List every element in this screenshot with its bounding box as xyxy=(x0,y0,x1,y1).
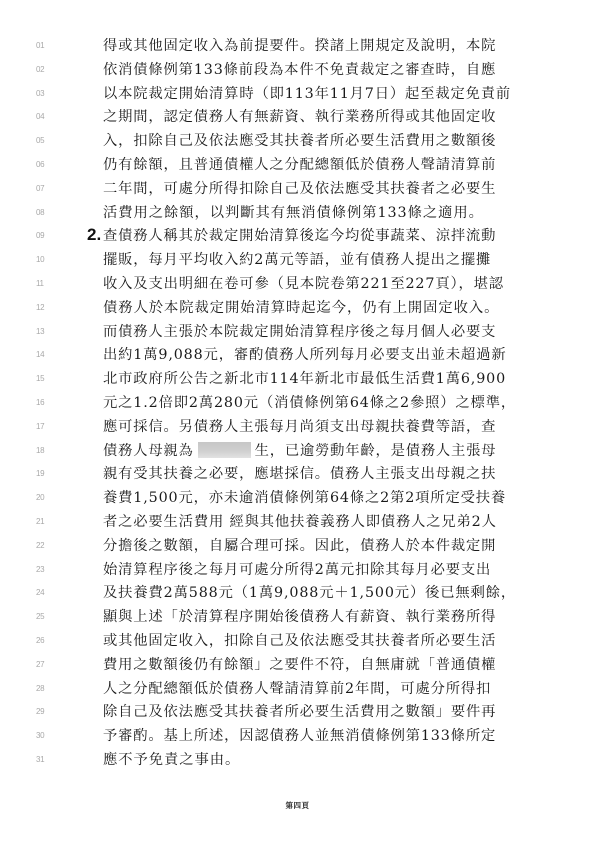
document-line: 06仍有餘額，且普通債權人之分配總額低於債務人聲請清算前 xyxy=(0,155,595,178)
line-text: 擺販，每月平均收入約2萬元等語，並有債務人提出之擺攤 xyxy=(103,250,523,270)
line-number: 14 xyxy=(36,350,56,359)
line-text: 得或其他固定收入為前提要件。揆諸上開規定及說明，本院 xyxy=(103,36,523,56)
line-number: 05 xyxy=(36,136,56,145)
document-line: 02依消債條例第133條前段為本件不免責裁定之審查時，自應 xyxy=(0,60,595,83)
line-number: 18 xyxy=(36,446,56,455)
document-line: 11收入及支出明細在卷可參（見本院卷第221至227頁），堪認 xyxy=(0,274,595,297)
document-line: 13而債務人主張於本院裁定開始清算程序後之每月個人必要支 xyxy=(0,322,595,345)
line-text-before-redaction: 債務人母親為 xyxy=(103,443,194,459)
document-line: 07二年間，可處分所得扣除自己及依法應受其扶養者之必要生 xyxy=(0,179,595,202)
line-number: 16 xyxy=(36,398,56,407)
line-number: 08 xyxy=(36,208,56,217)
document-line: 20養費1,500元，亦未逾消債條例第64條之2第2項所定受扶養 xyxy=(0,488,595,511)
document-line: 05入，扣除自己及依法應受其扶養者所必要生活費用之數額後 xyxy=(0,131,595,154)
document-line: 03以本院裁定開始清算時（即113年11月7日）起至裁定免責前 xyxy=(0,84,595,107)
line-number: 02 xyxy=(36,65,56,74)
line-number: 11 xyxy=(36,279,56,288)
line-number: 29 xyxy=(36,707,56,716)
line-number: 23 xyxy=(36,565,56,574)
line-number: 13 xyxy=(36,327,56,336)
document-line: 23始清算程序後之每月可處分所得2萬元扣除其每月必要支出 xyxy=(0,560,595,583)
line-number: 06 xyxy=(36,160,56,169)
line-number: 21 xyxy=(36,517,56,526)
line-number: 26 xyxy=(36,636,56,645)
line-text: 收入及支出明細在卷可參（見本院卷第221至227頁），堪認 xyxy=(103,274,523,294)
document-line: 31應不予免責之事由。 xyxy=(0,750,595,773)
redacted-birthdate-block xyxy=(198,442,251,458)
page-number-label: 第四頁 xyxy=(286,801,310,810)
line-text: 及扶養費2萬588元（1萬9,088元＋1,500元）後已無剩餘， xyxy=(103,583,523,603)
line-text: 仍有餘額，且普通債權人之分配總額低於債務人聲請清算前 xyxy=(103,155,523,175)
document-line: 12債務人於本院裁定開始清算時起迄今，仍有上開固定收入。 xyxy=(0,298,595,321)
line-text: 以本院裁定開始清算時（即113年11月7日）起至裁定免責前 xyxy=(103,84,523,104)
document-line: 17應可採信。另債務人主張每月尚須支出母親扶養費等語，查 xyxy=(0,417,595,440)
line-number: 30 xyxy=(36,731,56,740)
page-footer: 第四頁 xyxy=(0,800,595,811)
line-text: 除自己及依法應受其扶養者所必要生活費用之數額」要件再 xyxy=(103,702,523,722)
line-number: 17 xyxy=(36,422,56,431)
line-number: 03 xyxy=(36,89,56,98)
document-line: 30予審酌。基上所述，因認債務人並無消債條例第133條所定 xyxy=(0,726,595,749)
line-number: 25 xyxy=(36,612,56,621)
line-text: 者之必要生活費用 經與其他扶養義務人即債務人之兄弟2人 xyxy=(103,512,523,532)
line-text-after-redaction: 生，已逾勞動年齡，是債務人主張母 xyxy=(255,443,497,459)
line-text: 而債務人主張於本院裁定開始清算程序後之每月個人必要支 xyxy=(103,322,523,342)
document-line: 14出約1萬9,088元，審酌債務人所列每月必要支出並未超過新 xyxy=(0,345,595,368)
line-text: 出約1萬9,088元，審酌債務人所列每月必要支出並未超過新 xyxy=(103,345,523,365)
document-line: 01得或其他固定收入為前提要件。揆諸上開規定及說明，本院 xyxy=(0,36,595,59)
line-text: 之期間，認定債務人有無薪資、執行業務所得或其他固定收 xyxy=(103,107,523,127)
document-line: 25顯與上述「於清算程序開始後債務人有薪資、執行業務所得 xyxy=(0,607,595,630)
document-line: 092.查債務人稱其於裁定開始清算後迄今均從事蔬菜、涼拌流動 xyxy=(0,226,595,249)
document-line: 04之期間，認定債務人有無薪資、執行業務所得或其他固定收 xyxy=(0,107,595,130)
document-line: 15北市政府所公告之新北市114年新北市最低生活費1萬6,900 xyxy=(0,369,595,392)
document-line: 19親有受其扶養之必要，應堪採信。債務人主張支出母親之扶 xyxy=(0,464,595,487)
line-number: 20 xyxy=(36,493,56,502)
line-number: 09 xyxy=(36,231,56,240)
line-number: 22 xyxy=(36,541,56,550)
line-number: 27 xyxy=(36,660,56,669)
line-text: 依消債條例第133條前段為本件不免責裁定之審查時，自應 xyxy=(103,60,523,80)
line-text: 活費用之餘額，以判斷其有無消債條例第133條之適用。 xyxy=(103,203,523,223)
line-text: 予審酌。基上所述，因認債務人並無消債條例第133條所定 xyxy=(103,726,523,746)
line-number: 15 xyxy=(36,374,56,383)
line-text: 顯與上述「於清算程序開始後債務人有薪資、執行業務所得 xyxy=(103,607,523,627)
line-number: 01 xyxy=(36,41,56,50)
line-text: 人之分配總額低於債務人聲請清算前2年間，可處分所得扣 xyxy=(103,679,523,699)
document-line: 18債務人母親為生，已逾勞動年齡，是債務人主張母 xyxy=(0,441,595,464)
line-number: 19 xyxy=(36,469,56,478)
document-line: 26或其他固定收入，扣除自己及依法應受其扶養者所必要生活 xyxy=(0,631,595,654)
line-text: 親有受其扶養之必要，應堪採信。債務人主張支出母親之扶 xyxy=(103,464,523,484)
line-text: 養費1,500元，亦未逾消債條例第64條之2第2項所定受扶養 xyxy=(103,488,523,508)
document-line: 28人之分配總額低於債務人聲請清算前2年間，可處分所得扣 xyxy=(0,679,595,702)
line-number: 24 xyxy=(36,588,56,597)
line-text: 北市政府所公告之新北市114年新北市最低生活費1萬6,900 xyxy=(103,369,523,389)
document-line: 22分擔後之數額，自屬合理可採。因此，債務人於本件裁定開 xyxy=(0,536,595,559)
line-number: 12 xyxy=(36,303,56,312)
line-number: 07 xyxy=(36,184,56,193)
list-bullet-number: 2. xyxy=(87,225,101,245)
line-text: 二年間，可處分所得扣除自己及依法應受其扶養者之必要生 xyxy=(103,179,523,199)
line-number: 04 xyxy=(36,112,56,121)
line-text: 費用之數額後仍有餘額」之要件不符，自無庸就「普通債權 xyxy=(103,655,523,675)
line-text: 入，扣除自己及依法應受其扶養者所必要生活費用之數額後 xyxy=(103,131,523,151)
line-text: 始清算程序後之每月可處分所得2萬元扣除其每月必要支出 xyxy=(103,560,523,580)
line-number: 31 xyxy=(36,755,56,764)
document-line: 16元之1.2倍即2萬280元（消債條例第64條之2參照）之標準， xyxy=(0,393,595,416)
line-text: 或其他固定收入，扣除自己及依法應受其扶養者所必要生活 xyxy=(103,631,523,651)
line-text: 應不予免責之事由。 xyxy=(103,750,523,770)
document-line: 29除自己及依法應受其扶養者所必要生活費用之數額」要件再 xyxy=(0,702,595,725)
line-text: 債務人於本院裁定開始清算時起迄今，仍有上開固定收入。 xyxy=(103,298,523,318)
line-number: 28 xyxy=(36,684,56,693)
document-line: 21者之必要生活費用 經與其他扶養義務人即債務人之兄弟2人 xyxy=(0,512,595,535)
document-line: 24及扶養費2萬588元（1萬9,088元＋1,500元）後已無剩餘， xyxy=(0,583,595,606)
document-line: 27費用之數額後仍有餘額」之要件不符，自無庸就「普通債權 xyxy=(0,655,595,678)
line-text: 應可採信。另債務人主張每月尚須支出母親扶養費等語，查 xyxy=(103,417,523,437)
line-text: 分擔後之數額，自屬合理可採。因此，債務人於本件裁定開 xyxy=(103,536,523,556)
document-line: 08活費用之餘額，以判斷其有無消債條例第133條之適用。 xyxy=(0,203,595,226)
line-text: 債務人母親為生，已逾勞動年齡，是債務人主張母 xyxy=(103,441,523,461)
line-text: 元之1.2倍即2萬280元（消債條例第64條之2參照）之標準， xyxy=(103,393,523,413)
line-number: 10 xyxy=(36,255,56,264)
line-text: 查債務人稱其於裁定開始清算後迄今均從事蔬菜、涼拌流動 xyxy=(103,226,523,246)
document-page: 01得或其他固定收入為前提要件。揆諸上開規定及說明，本院02依消債條例第133條… xyxy=(0,0,595,842)
document-line: 10擺販，每月平均收入約2萬元等語，並有債務人提出之擺攤 xyxy=(0,250,595,273)
